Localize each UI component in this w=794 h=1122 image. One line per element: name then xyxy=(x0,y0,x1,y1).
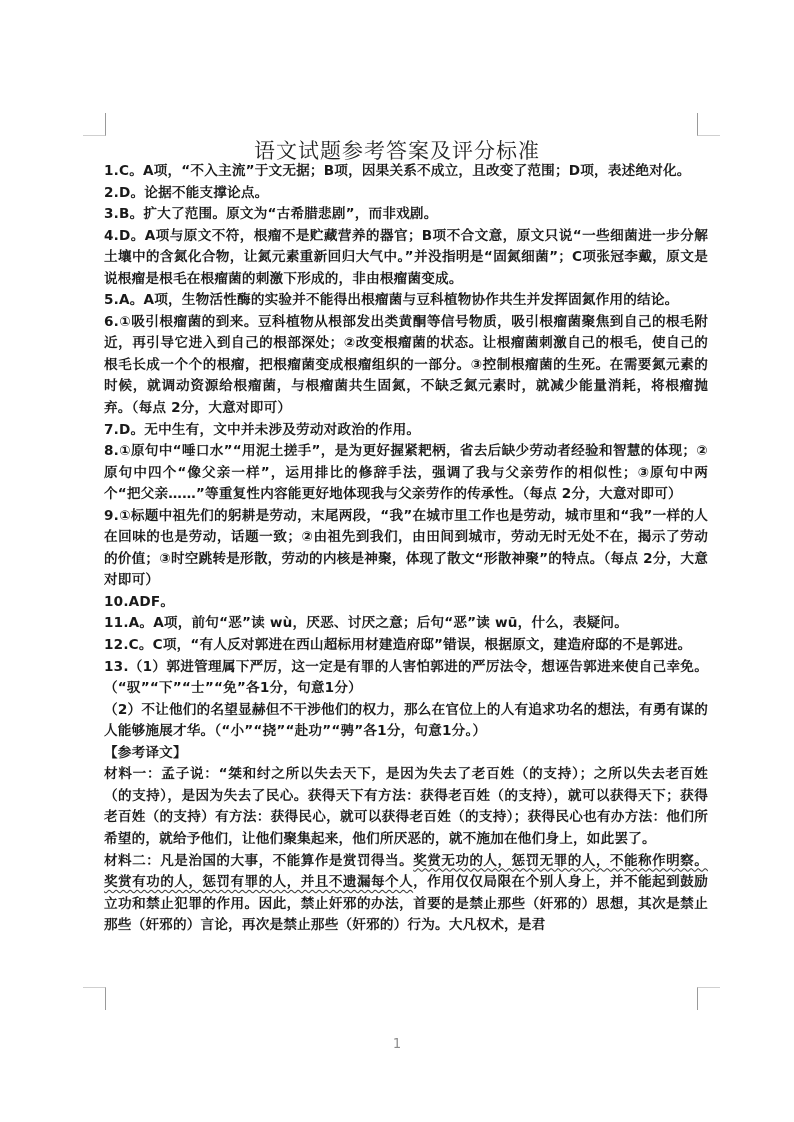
document-page: 语文试题参考答案及评分标准 1.C。A项，“不入主流”于文无据；B项，因果关系不… xyxy=(0,0,794,1122)
translation-heading: 【参考译文】 xyxy=(104,743,708,765)
crop-mark-top-right xyxy=(697,113,720,136)
answer-10: 10.ADF。 xyxy=(104,592,708,614)
answer-12: 12.C。C项，“有人反对郭进在西山超标用材建造府邸”错误，根据原文，建造府邸的… xyxy=(104,635,708,657)
answer-8: 8.①原句中“唾口水”“用泥土搓手”，是为更好握紧耙柄，省去后缺少劳动者经验和智… xyxy=(104,441,708,506)
answer-13-1: 13.（1）郭进管理属下严厉，这一定是有罪的人害怕郭进的严厉法令，想诬告郭进来使… xyxy=(104,657,708,700)
document-body: 1.C。A项，“不入主流”于文无据；B项，因果关系不成立，且改变了范围；D项，表… xyxy=(104,161,708,937)
crop-mark-top-left xyxy=(83,113,106,136)
answer-11: 11.A。A项，前句“恶”读 wù，厌恶、讨厌之意；后句“恶”读 wū，什么，表… xyxy=(104,613,708,635)
answer-13-2: （2）不让他们的名望显赫但不干涉他们的权力，那么在官位上的人有追求功名的想法，有… xyxy=(104,700,708,743)
answer-6: 6.①吸引根瘤菌的到来。豆科植物从根部发出类黄酮等信号物质，吸引根瘤菌聚焦到自己… xyxy=(104,312,708,420)
answer-7: 7.D。无中生有，文中并未涉及劳动对政治的作用。 xyxy=(104,420,708,442)
crop-mark-bottom-left xyxy=(83,987,106,1010)
translation-material-1: 材料一：孟子说：“桀和纣之所以失去天下，是因为失去了老百姓（的支持）；之所以失去… xyxy=(104,764,708,850)
answer-4: 4.D。A项与原文不符，根瘤不是贮藏营养的器官；B项不合文意，原文只说“一些细菌… xyxy=(104,226,708,291)
material-2-lead: 材料二：凡是治国的大事，不能算作是赏罚得当。 xyxy=(104,853,413,869)
page-number: 1 xyxy=(0,1037,794,1052)
answer-5: 5.A。A项，生物活性酶的实验并不能得出根瘤菌与豆科植物协作共生并发挥固氮作用的… xyxy=(104,290,708,312)
answer-9: 9.①标题中祖先们的躬耕是劳动，末尾两段，“我”在城市里工作也是劳动，城市里和“… xyxy=(104,506,708,592)
answer-1: 1.C。A项，“不入主流”于文无据；B项，因果关系不成立，且改变了范围；D项，表… xyxy=(104,161,708,183)
translation-material-2: 材料二：凡是治国的大事，不能算作是赏罚得当。奖赏无功的人，惩罚无罪的人，不能称作… xyxy=(104,851,708,937)
answer-2: 2.D。论据不能支撑论点。 xyxy=(104,183,708,205)
answer-3: 3.B。扩大了范围。原文为“古希腊悲剧”，而非戏剧。 xyxy=(104,204,708,226)
crop-mark-bottom-right xyxy=(697,987,720,1010)
